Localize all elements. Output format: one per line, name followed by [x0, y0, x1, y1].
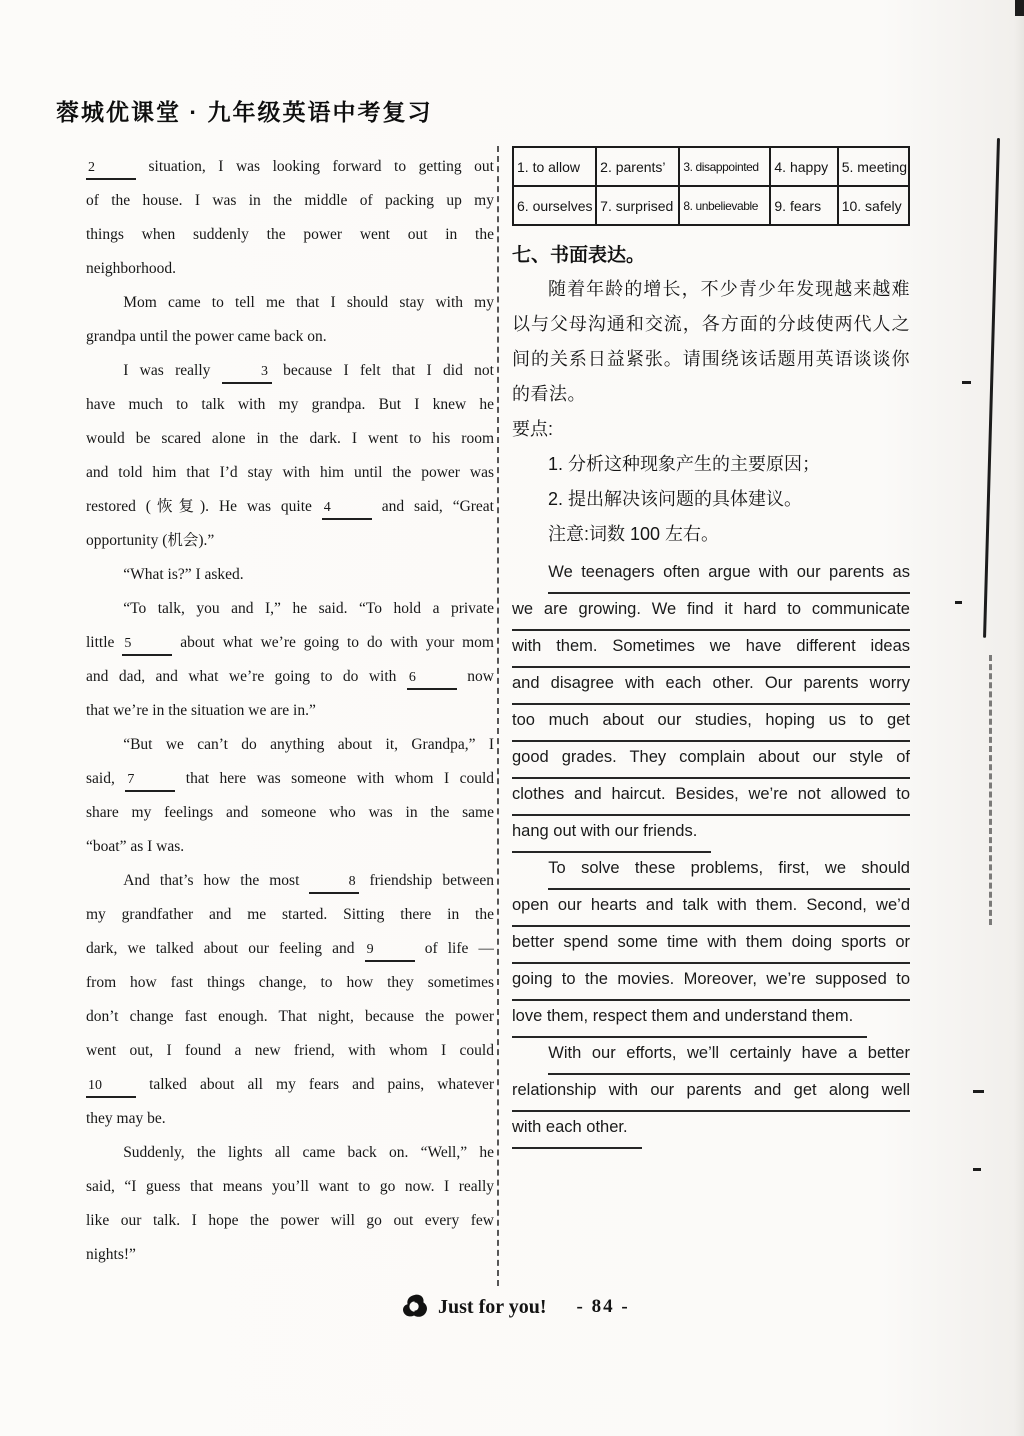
- scan-artifact: [973, 1168, 981, 1171]
- scan-artifact: [962, 381, 971, 384]
- essay-line: good grades. They complain about our sty…: [512, 743, 910, 780]
- blank-5: 5: [122, 636, 172, 656]
- passage-line: my grandfather and me started. Sitting t…: [86, 898, 494, 932]
- right-column: 1. to allow2. parents’3. disappointed4. …: [512, 146, 910, 1150]
- answer-cell: 8. unbelievable: [679, 186, 770, 225]
- section-title: 七、书面表达。: [512, 240, 910, 272]
- essay-line: We teenagers often argue with our parent…: [512, 558, 910, 595]
- answer-cell: 2. parents’: [596, 147, 679, 186]
- passage-line: nights!”: [86, 1238, 494, 1272]
- essay-line: clothes and haircut. Besides, we’re not …: [512, 780, 910, 817]
- point-item: 2. 提出解决该问题的具体建议。: [512, 482, 910, 517]
- scan-artifact: [989, 655, 992, 925]
- answer-cell: 1. to allow: [513, 147, 596, 186]
- essay-line: open our hearts and talk with them. Seco…: [512, 891, 910, 928]
- passage-line: they may be.: [86, 1102, 494, 1136]
- scan-artifact: [983, 138, 1000, 638]
- passage-line: neighborhood.: [86, 252, 494, 286]
- answer-cell: 5. meeting: [838, 147, 909, 186]
- passage-line: would be scared alone in the dark. I wen…: [86, 422, 494, 456]
- blank-2: 2: [86, 160, 136, 180]
- passage-line: 2 situation, I was looking forward to ge…: [86, 150, 494, 184]
- passage-line: like our talk. I hope the power will go …: [86, 1204, 494, 1238]
- blank-8: 8: [309, 874, 359, 894]
- passage-line: and told him that I’d stay with him unti…: [86, 456, 494, 490]
- passage-line: don’t change fast enough. That night, be…: [86, 1000, 494, 1034]
- passage-line: restored (恢复). He was quite 4 and said, …: [86, 490, 494, 524]
- essay-line: To solve these problems, first, we shoul…: [512, 854, 910, 891]
- flower-logo-icon: [400, 1292, 430, 1322]
- answers-table: 1. to allow2. parents’3. disappointed4. …: [512, 146, 910, 226]
- passage-line: dark, we talked about our feeling and 9 …: [86, 932, 494, 966]
- scanned-textbook-page: 蓉城优课堂 · 九年级英语中考复习 2 situation, I was loo…: [0, 0, 1024, 1436]
- passage-line: said, “I guess that means you’ll want to…: [86, 1170, 494, 1204]
- blank-6: 6: [407, 670, 457, 690]
- blank-9: 9: [365, 942, 415, 962]
- points-label: 要点:: [512, 412, 910, 447]
- passage-line: little 5 about what we’re going to do wi…: [86, 626, 494, 660]
- passage-line: and dad, and what we’re going to do with…: [86, 660, 494, 694]
- answer-row: 6. ourselves7. surprised8. unbelievable9…: [513, 186, 909, 225]
- passage-line: have much to talk with my grandpa. But I…: [86, 388, 494, 422]
- passage-line: “What is?” I asked.: [86, 558, 494, 592]
- passage-line: “To talk, you and I,” he said. “To hold …: [86, 592, 494, 626]
- writing-prompt: 随着年龄的增长，不少青少年发现越来越难以与父母沟通和交流，各方面的分歧使两代人之…: [512, 272, 910, 412]
- essay-line: with each other.: [512, 1113, 910, 1150]
- passage-line: Mom came to tell me that I should stay w…: [86, 286, 494, 320]
- passage-line: things when suddenly the power went out …: [86, 218, 494, 252]
- passage-line: I was really 3 because I felt that I did…: [86, 354, 494, 388]
- essay-line: we are growing. We find it hard to commu…: [512, 595, 910, 632]
- point-item: 1. 分析这种现象产生的主要原因；: [512, 447, 910, 482]
- blank-3: 3: [222, 364, 272, 384]
- passage-line: And that’s how the most 8 friendship bet…: [86, 864, 494, 898]
- passage-line: said, 7 that here was someone with whom …: [86, 762, 494, 796]
- passage-line: from how fast things change, to how they…: [86, 966, 494, 1000]
- page-footer: Just for you! - 84 -: [400, 1292, 630, 1322]
- blank-7: 7: [125, 772, 175, 792]
- word-count-note: 注意:词数 100 左右。: [512, 517, 910, 552]
- passage-line: opportunity (机会).”: [86, 524, 494, 558]
- essay-line: relationship with our parents and get al…: [512, 1076, 910, 1113]
- answer-cell: 7. surprised: [596, 186, 679, 225]
- answer-cell: 3. disappointed: [679, 147, 770, 186]
- essay-line: with them. Sometimes we have different i…: [512, 632, 910, 669]
- passage-line: share my feelings and someone who was in…: [86, 796, 494, 830]
- answer-cell: 6. ourselves: [513, 186, 596, 225]
- essay-line: hang out with our friends.: [512, 817, 910, 854]
- page-number: - 84 -: [577, 1296, 630, 1318]
- passage-line: went out, I found a new friend, with who…: [86, 1034, 494, 1068]
- essay-line: better spend some time with them doing s…: [512, 928, 910, 965]
- brand-text: Just for you!: [438, 1296, 547, 1319]
- passage-line: that we’re in the situation we are in.”: [86, 694, 494, 728]
- answer-cell: 9. fears: [770, 186, 837, 225]
- blank-4: 4: [322, 500, 372, 520]
- passage-line: Suddenly, the lights all came back on. “…: [86, 1136, 494, 1170]
- essay-line: too much about our studies, hoping us to…: [512, 706, 910, 743]
- cloze-passage: 2 situation, I was looking forward to ge…: [86, 150, 494, 1272]
- essay-line: and disagree with each other. Our parent…: [512, 669, 910, 706]
- passage-line: 10 talked about all my fears and pains, …: [86, 1068, 494, 1102]
- essay-line: going to the movies. Moreover, we’re sup…: [512, 965, 910, 1002]
- column-divider: [497, 146, 499, 1286]
- answer-row: 1. to allow2. parents’3. disappointed4. …: [513, 147, 909, 186]
- model-essay: We teenagers often argue with our parent…: [512, 558, 910, 1150]
- scan-artifact: [1015, 0, 1024, 16]
- answer-cell: 4. happy: [770, 147, 837, 186]
- scan-artifact: [973, 1090, 984, 1093]
- page-header-title: 蓉城优课堂 · 九年级英语中考复习: [56, 94, 432, 127]
- answer-cell: 10. safely: [838, 186, 909, 225]
- passage-line: grandpa until the power came back on.: [86, 320, 494, 354]
- essay-line: love them, respect them and understand t…: [512, 1002, 910, 1039]
- passage-line: “boat” as I was.: [86, 830, 494, 864]
- scan-artifact: [955, 601, 962, 604]
- blank-10: 10: [86, 1078, 136, 1098]
- passage-line: “But we can’t do anything about it, Gran…: [86, 728, 494, 762]
- passage-line: of the house. I was in the middle of pac…: [86, 184, 494, 218]
- essay-line: With our efforts, we’ll certainly have a…: [512, 1039, 910, 1076]
